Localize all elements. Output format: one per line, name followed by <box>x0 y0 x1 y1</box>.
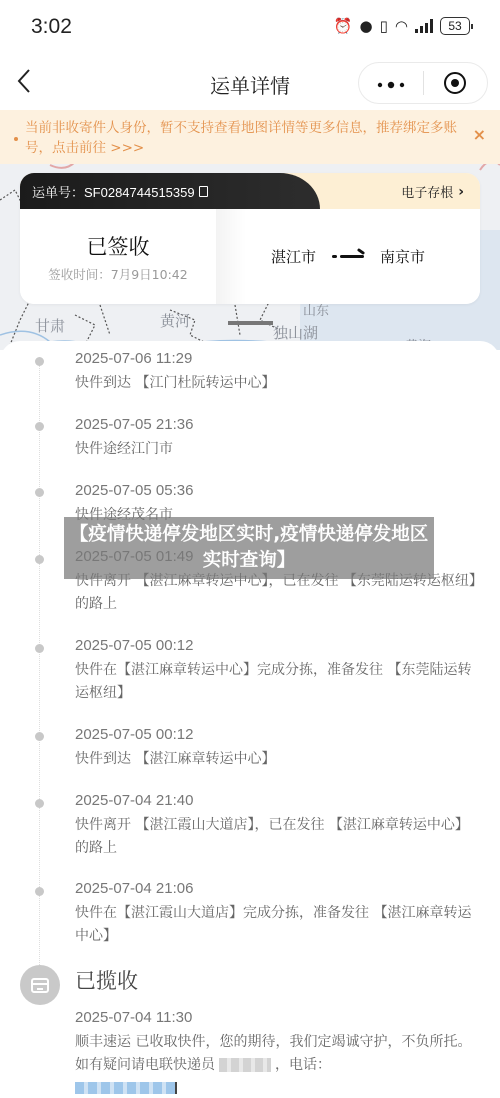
battery-icon: 53 <box>440 17 470 35</box>
waybill-card: 运单号：SF0284744515359 电子存根 › 已签收 签收时间：7月9日… <box>20 173 480 304</box>
collected-title: 已揽收 <box>75 965 138 995</box>
status-icons: ⏰ ● ▯ ◠ 53 <box>334 17 470 35</box>
e-stub-link[interactable]: 电子存根 › <box>401 182 464 201</box>
timeline-desc: 快件在【湛江霞山大道店】完成分拣，准备发往 【湛江麻章转运中心】 <box>75 902 485 948</box>
collected-status-icon <box>20 965 60 1005</box>
copy-icon[interactable] <box>199 186 208 197</box>
map-label: 黄河 <box>160 310 190 331</box>
collected-item: 2025-07-04 11:30 顺丰速运 已收取快件，您的期待，我们定竭诚守护… <box>75 1008 485 1098</box>
timeline-dot <box>35 732 44 741</box>
timeline-line <box>39 361 40 971</box>
package-box-icon <box>31 978 49 993</box>
location-icon: ● <box>360 17 373 35</box>
timeline-item: 2025-07-05 00:12 快件在【湛江麻章转运中心】完成分拣，准备发往 … <box>75 636 485 705</box>
to-city: 南京市 <box>380 246 425 267</box>
notice-banner[interactable]: 当前非收寄件人身份，暂不支持查看地图详情等更多信息，推荐绑定多账号，点击前往 >… <box>0 110 500 164</box>
timeline-time: 2025-07-05 05:36 <box>75 481 485 501</box>
courier-phone-redacted[interactable] <box>75 1082 177 1094</box>
courier-name-redacted <box>219 1058 271 1072</box>
timeline-dot <box>35 488 44 497</box>
collected-desc: 顺丰速运 已收取快件，您的期待，我们定竭诚守护，不负所托。如有疑问请电联快递员，… <box>75 1031 485 1098</box>
timeline-desc: 快件到达 【江门杜阮转运中心】 <box>75 372 485 395</box>
timeline-time: 2025-07-05 00:12 <box>75 636 485 656</box>
status-bar: 3:02 ⏰ ● ▯ ◠ 53 <box>0 0 500 58</box>
close-icon[interactable]: × <box>473 125 486 144</box>
from-city: 湛江市 <box>271 246 316 267</box>
timeline-item: 2025-07-04 21:06 快件在【湛江霞山大道店】完成分拣，准备发往 【… <box>75 879 485 948</box>
sign-status-panel: 已签收 签收时间：7月9日10:42 <box>20 209 216 304</box>
collected-desc-text: 顺丰速运 已收取快件，您的期待，我们定竭诚守护，不负所托。如有疑问请电联快递员 <box>75 1034 471 1073</box>
timeline-panel[interactable]: 2025-07-06 11:29 快件到达 【江门杜阮转运中心】 2025-07… <box>0 341 500 1098</box>
timeline-desc: 快件离开 【湛江霞山大道店】，已在发往 【湛江麻章转运中心】 的路上 <box>75 814 485 860</box>
sign-time: 签收时间：7月9日10:42 <box>20 265 216 283</box>
alarm-icon: ⏰ <box>334 17 353 35</box>
timeline-desc: 快件在【湛江麻章转运中心】完成分拣，准备发往 【东莞陆运转运枢纽】 <box>75 659 485 705</box>
timeline-time: 2025-07-04 21:06 <box>75 879 485 899</box>
mini-program-capsule <box>358 62 488 104</box>
route-panel: 湛江市 南京市 <box>216 209 480 304</box>
timeline-time: 2025-07-04 21:40 <box>75 791 485 811</box>
timeline-time: 2025-07-05 00:12 <box>75 725 485 745</box>
map-label: 独山湖 <box>273 322 318 343</box>
timeline-desc: 快件途经江门市 <box>75 438 485 461</box>
waybill-number-text: 运单号：SF0284744515359 <box>32 182 195 201</box>
route-arrow-icon <box>332 255 364 258</box>
timeline-dot <box>35 799 44 808</box>
timeline-item: 2025-07-05 21:36 快件途经江门市 <box>75 415 485 461</box>
timeline-dot <box>35 644 44 653</box>
collected-time: 2025-07-04 11:30 <box>75 1008 485 1028</box>
signal-icon <box>415 19 433 33</box>
timeline-time: 2025-07-05 21:36 <box>75 415 485 435</box>
timeline-dot <box>35 422 44 431</box>
timeline-dot <box>35 357 44 366</box>
sign-status: 已签收 <box>20 231 216 261</box>
target-circle-icon <box>444 72 466 94</box>
timeline-item: 2025-07-06 11:29 快件到达 【江门杜阮转运中心】 <box>75 349 485 395</box>
chevron-right-icon: › <box>458 184 464 200</box>
status-time: 3:02 <box>31 15 72 39</box>
watermark-overlay: 【疫情快递停发地区实时,疫情快递停发地区实时查询】 <box>64 517 434 579</box>
vibrate-icon: ▯ <box>380 17 388 35</box>
waybill-number: 运单号：SF0284744515359 <box>32 182 208 201</box>
timeline-dot <box>35 555 44 564</box>
timeline-dot <box>35 887 44 896</box>
timeline-desc: 快件到达 【湛江麻章转运中心】 <box>75 748 485 771</box>
nav-bar: 运单详情 <box>0 58 500 110</box>
e-stub-label: 电子存根 <box>401 182 453 201</box>
notice-text[interactable]: 当前非收寄件人身份，暂不支持查看地图详情等更多信息，推荐绑定多账号，点击前往 >… <box>25 118 475 158</box>
wifi-6-icon: ◠ <box>395 17 408 35</box>
collected-phone-label: ，电话： <box>275 1057 331 1073</box>
more-button[interactable] <box>359 73 423 94</box>
more-dots-icon <box>376 81 406 89</box>
map-label: 甘肃 <box>35 315 65 336</box>
timeline-item: 2025-07-04 21:40 快件离开 【湛江霞山大道店】，已在发往 【湛江… <box>75 791 485 860</box>
timeline-item: 2025-07-05 00:12 快件到达 【湛江麻章转运中心】 <box>75 725 485 771</box>
close-miniprogram-button[interactable] <box>424 72 488 94</box>
timeline-time: 2025-07-06 11:29 <box>75 349 485 369</box>
bullet-dot <box>14 137 18 141</box>
